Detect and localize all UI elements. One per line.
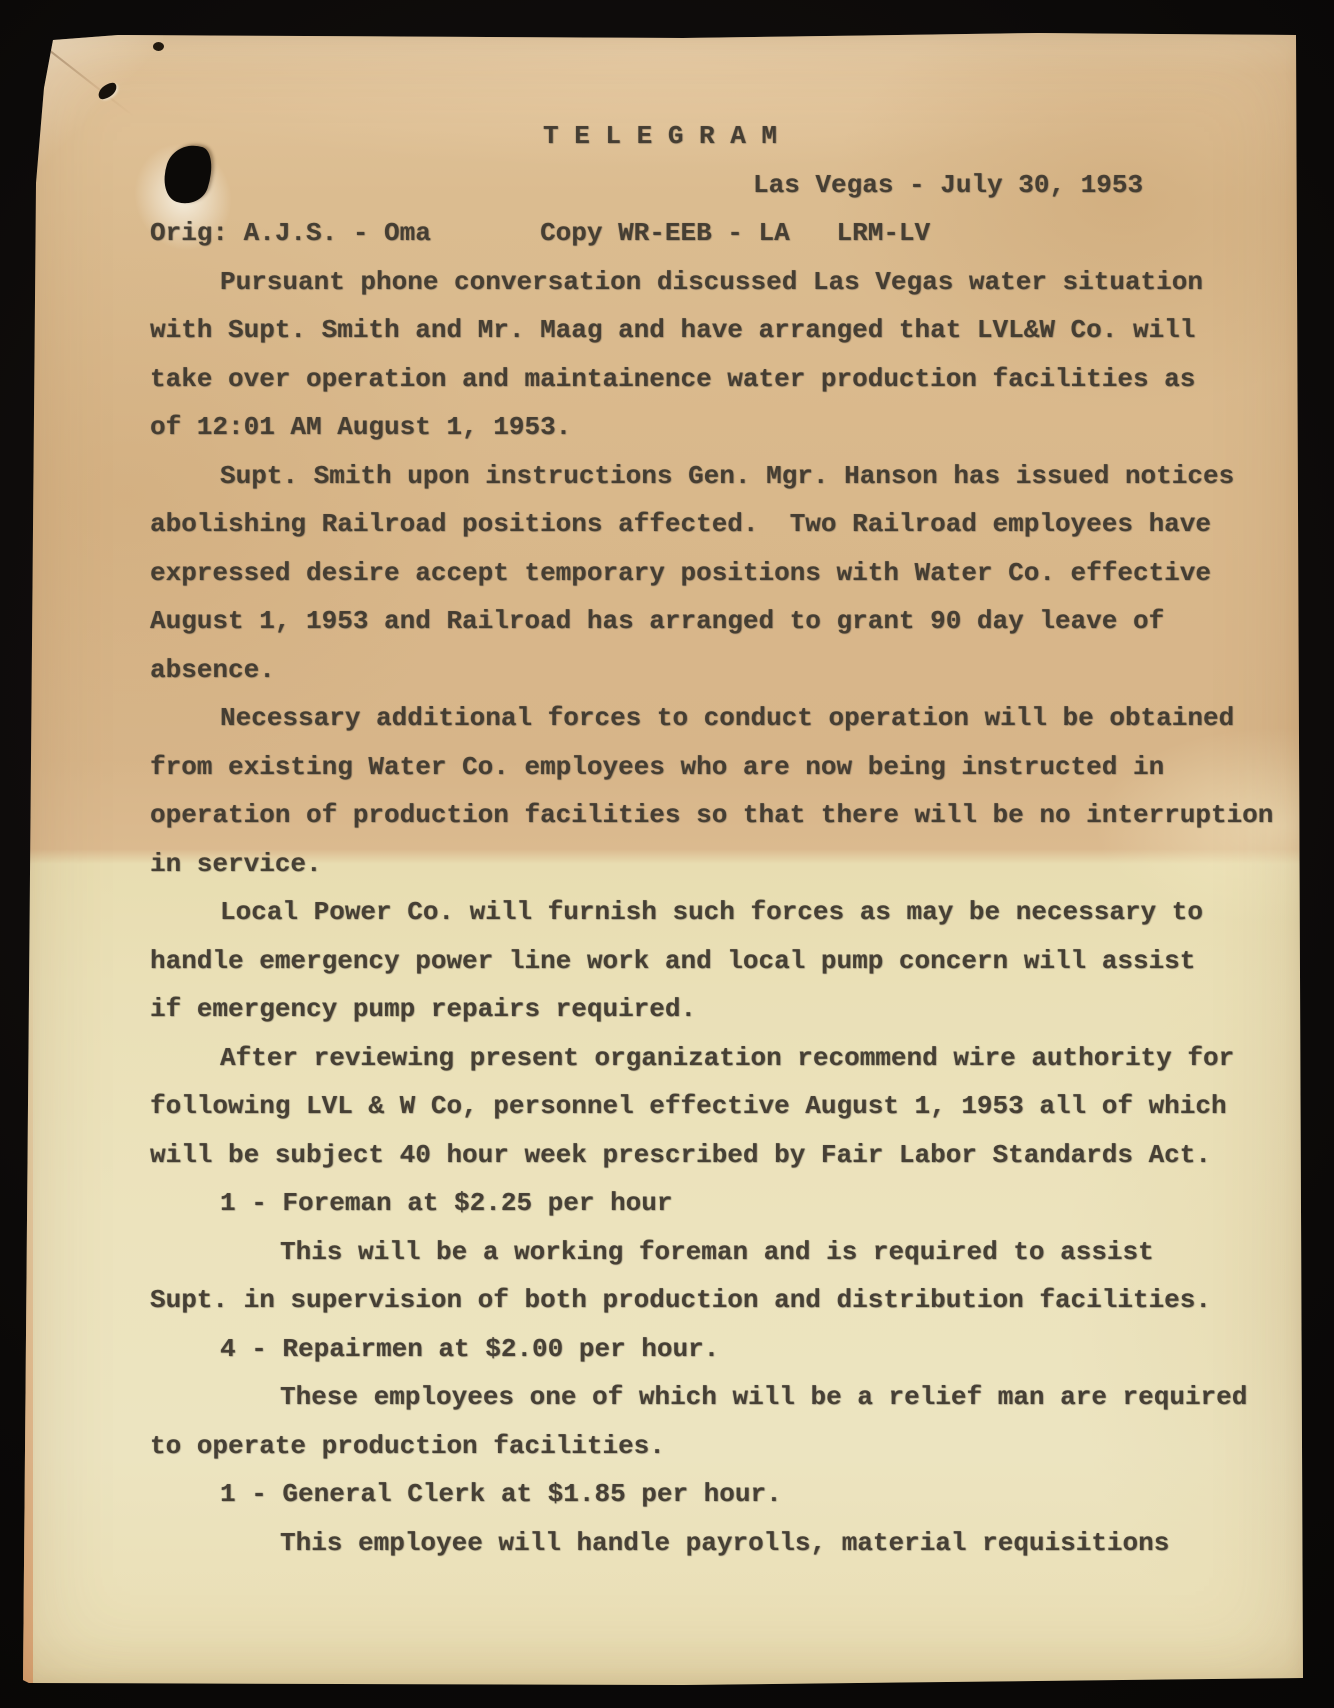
- telegram-line: 4 - Repairmen at $2.00 per hour.: [150, 1325, 1280, 1374]
- telegram-line: if emergency pump repairs required.: [150, 985, 1280, 1034]
- telegram-dateline: Las Vegas - July 30, 1953: [150, 161, 1280, 210]
- telegram-text: T E L E G R A M Las Vegas - July 30, 195…: [150, 112, 1280, 1567]
- telegram-line: After reviewing present organization rec…: [150, 1034, 1280, 1083]
- telegram-line: 1 - Foreman at $2.25 per hour: [150, 1179, 1280, 1228]
- telegram-line: Local Power Co. will furnish such forces…: [150, 888, 1280, 937]
- telegram-line: of 12:01 AM August 1, 1953.: [150, 403, 1280, 452]
- telegram-line: 1 - General Clerk at $1.85 per hour.: [150, 1470, 1280, 1519]
- telegram-line: absence.: [150, 646, 1280, 695]
- paper-edge-tint: [23, 942, 33, 1685]
- telegram-line: following LVL & W Co, personnel effectiv…: [150, 1082, 1280, 1131]
- telegram-line: handle emergency power line work and loc…: [150, 937, 1280, 986]
- telegram-line: in service.: [150, 840, 1280, 889]
- telegram-line: Necessary additional forces to conduct o…: [150, 694, 1280, 743]
- telegram-title: T E L E G R A M: [150, 112, 1280, 161]
- telegram-line: to operate production facilities.: [150, 1422, 1280, 1471]
- telegram-line: operation of production facilities so th…: [150, 791, 1280, 840]
- telegram-line: Supt. in supervision of both production …: [150, 1276, 1280, 1325]
- telegram-line: with Supt. Smith and Mr. Maag and have a…: [150, 306, 1280, 355]
- telegram-line: will be subject 40 hour week prescribed …: [150, 1131, 1280, 1180]
- telegram-page: T E L E G R A M Las Vegas - July 30, 195…: [23, 33, 1303, 1685]
- telegram-line: August 1, 1953 and Railroad has arranged…: [150, 597, 1280, 646]
- telegram-line: Pursuant phone conversation discussed La…: [150, 258, 1280, 307]
- telegram-line: These employees one of which will be a r…: [150, 1373, 1280, 1422]
- telegram-line: expressed desire accept temporary positi…: [150, 549, 1280, 598]
- telegram-line: from existing Water Co. employees who ar…: [150, 743, 1280, 792]
- paper-pinhole: [153, 42, 164, 51]
- telegram-body: Pursuant phone conversation discussed La…: [150, 258, 1280, 1568]
- paper-corner-fold: [23, 33, 163, 173]
- telegram-line: Supt. Smith upon instructions Gen. Mgr. …: [150, 452, 1280, 501]
- telegram-line: take over operation and maintainence wat…: [150, 355, 1280, 404]
- telegram-line: This will be a working foreman and is re…: [150, 1228, 1280, 1277]
- telegram-line: This employee will handle payrolls, mate…: [150, 1519, 1280, 1568]
- telegram-line: abolishing Railroad positions affected. …: [150, 500, 1280, 549]
- telegram-origline: Orig: A.J.S. - Oma Copy WR-EEB - LA LRM-…: [150, 209, 1280, 258]
